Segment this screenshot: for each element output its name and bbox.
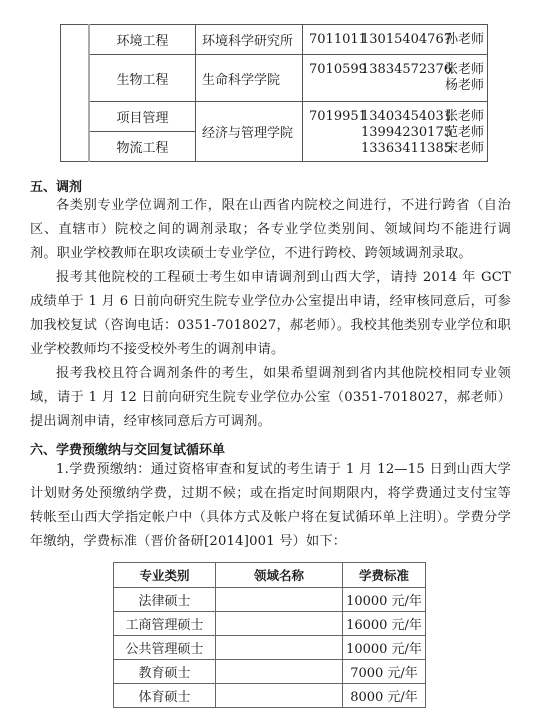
column-header: 领域名称	[216, 563, 343, 588]
major-cell: 环境工程	[89, 25, 196, 55]
fee-table: 专业类别 领域名称 学费标准 法律硕士 10000 元/年 工商管理硕士 160…	[113, 562, 426, 708]
paragraph: 各类别专业学位调剂工作，限在山西省内院校之间进行，不进行跨省（自治区、直辖市）院…	[30, 194, 511, 266]
contact-line: 7010599 13834572376 张老师	[309, 62, 487, 78]
degree-type-cell: 工商管理硕士	[114, 612, 216, 636]
section-heading-adjustment: 五、调剂	[30, 176, 82, 195]
fee-cell: 10000 元/年	[343, 636, 426, 660]
degree-type-cell: 体育硕士	[114, 684, 216, 708]
fee-cell: 7000 元/年	[343, 660, 426, 684]
contact-line: 13363411385 宋老师	[309, 141, 487, 157]
table-row: 法律硕士 10000 元/年	[114, 588, 426, 612]
major-cell: 生物工程	[89, 55, 196, 102]
field-name-cell	[216, 660, 343, 684]
contact-cell: 7011011 13015404767 孙老师	[303, 25, 488, 55]
contact-table: 环境工程 环境科学研究所 7011011 13015404767 孙老师 生物工…	[60, 24, 488, 162]
column-header: 专业类别	[114, 563, 216, 588]
table-row: 生物工程 生命科学学院 7010599 13834572376 张老师 杨老师	[61, 55, 488, 102]
degree-type-cell: 公共管理硕士	[114, 636, 216, 660]
degree-type-cell: 教育硕士	[114, 660, 216, 684]
contact-cell: 7019951 13403454031 张老师 13994230175 范老师 …	[303, 102, 488, 162]
degree-type-cell: 法律硕士	[114, 588, 216, 612]
section-heading-tuition: 六、学费预缴纳与交回复试循环单	[30, 439, 225, 458]
contact-line: 13994230175 范老师	[309, 125, 487, 141]
fee-cell: 8000 元/年	[343, 684, 426, 708]
field-name-cell	[216, 684, 343, 708]
department-cell: 生命科学学院	[196, 55, 303, 102]
column-header: 学费标准	[343, 563, 426, 588]
paragraph: 报考我校且符合调剂条件的考生，如果希望调剂到省内其他院校相同专业领域，请于 1 …	[30, 362, 511, 434]
paragraph: 报考其他院校的工程硕士考生如申请调剂到山西大学，请持 2014 年 GCT 成绩…	[30, 266, 511, 362]
field-name-cell	[216, 612, 343, 636]
table-row: 体育硕士 8000 元/年	[114, 684, 426, 708]
field-name-cell	[216, 636, 343, 660]
fee-cell: 10000 元/年	[343, 588, 426, 612]
contact-line: 杨老师	[309, 78, 487, 94]
table-row: 环境工程 环境科学研究所 7011011 13015404767 孙老师	[61, 25, 488, 55]
field-name-cell	[216, 588, 343, 612]
table-row: 公共管理硕士 10000 元/年	[114, 636, 426, 660]
fee-cell: 16000 元/年	[343, 612, 426, 636]
department-cell: 环境科学研究所	[196, 25, 303, 55]
major-cell: 物流工程	[89, 132, 196, 162]
category-cell	[61, 25, 90, 162]
major-cell: 项目管理	[89, 102, 196, 132]
department-cell: 经济与管理学院	[196, 102, 303, 162]
contact-line: 7019951 13403454031 张老师	[309, 109, 487, 125]
table-header-row: 专业类别 领域名称 学费标准	[114, 563, 426, 588]
table-row: 教育硕士 7000 元/年	[114, 660, 426, 684]
paragraph: 1.学费预缴纳：通过资格审查和复试的考生请于 1 月 12—15 日到山西大学计…	[30, 458, 511, 554]
table-row: 工商管理硕士 16000 元/年	[114, 612, 426, 636]
contact-line: 7011011 13015404767 孙老师	[309, 32, 487, 48]
contact-cell: 7010599 13834572376 张老师 杨老师	[303, 55, 488, 102]
table-row: 项目管理 经济与管理学院 7019951 13403454031 张老师 139…	[61, 102, 488, 132]
